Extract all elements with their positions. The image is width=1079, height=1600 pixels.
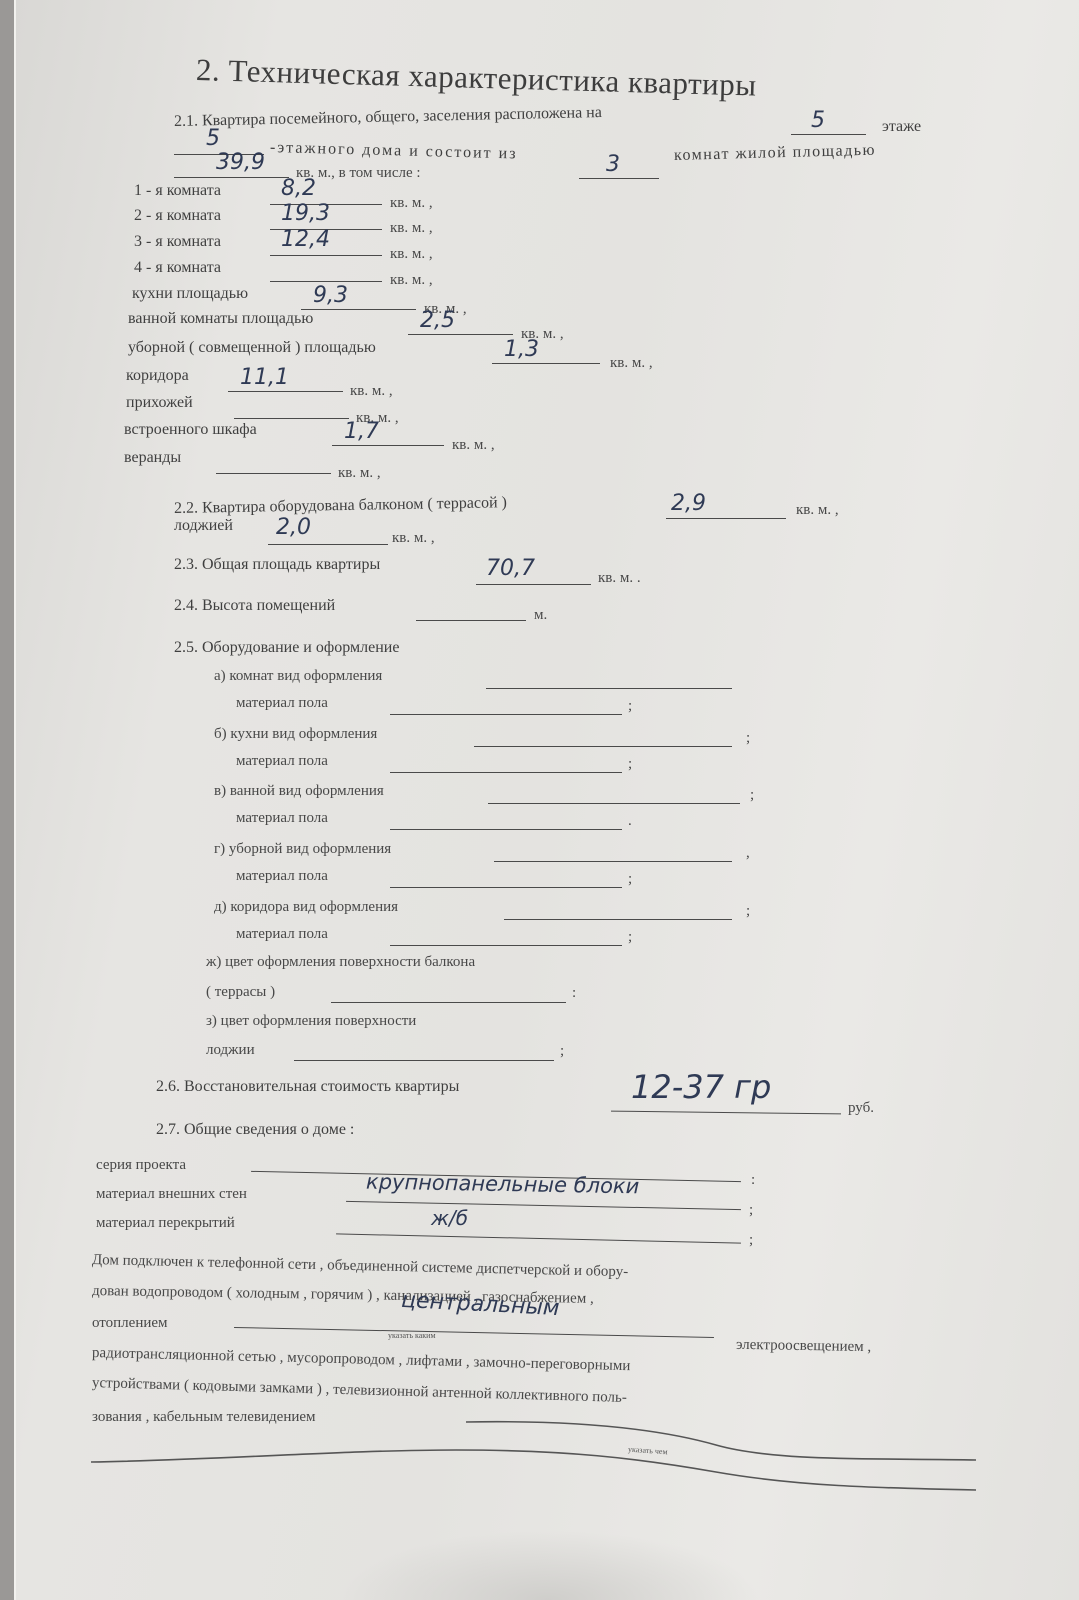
rooms-count-value: 3 — [606, 152, 620, 177]
room-area-unit: кв. м. , — [390, 220, 433, 237]
separator: ; — [628, 929, 632, 946]
heating-hint: указать каким — [388, 1331, 436, 1340]
document-page: 2. Техническая характеристика квартиры 2… — [16, 0, 1079, 1600]
separator: ; — [746, 903, 750, 920]
area-field[interactable] — [216, 473, 331, 474]
area-label: встроенного шкафа — [124, 421, 257, 439]
section-2-7-text: 2.7. Общие сведения о доме : — [156, 1121, 354, 1139]
floor-material-label: материал пола — [236, 810, 328, 827]
wall-material-label: материал внешних стен — [96, 1186, 247, 1203]
area-label: коридора — [126, 367, 189, 385]
floor-material-label: материал пола — [236, 753, 328, 770]
separator: : — [751, 1172, 755, 1189]
ceiling-material-label: материал перекрытий — [96, 1215, 235, 1232]
floor-material-label: материал пола — [236, 695, 328, 712]
room-area-unit: кв. м. , — [390, 272, 433, 289]
area-unit: кв. м. , — [610, 355, 653, 372]
total-area-field[interactable] — [476, 584, 591, 585]
area-field[interactable] — [301, 309, 416, 310]
finish-label: д) коридора вид оформления — [214, 899, 398, 916]
project-series-label: серия проекта — [96, 1157, 186, 1174]
total-floors-value: 5 — [206, 126, 220, 151]
room-area-unit: кв. м. , — [390, 246, 433, 263]
area-value: 11,1 — [240, 365, 289, 390]
loggia-color-label: з) цвет оформления поверхности — [206, 1013, 416, 1030]
section-2-5-text: 2.5. Оборудование и оформление — [174, 639, 399, 657]
restoration-cost-field[interactable] — [611, 1111, 841, 1115]
area-unit: кв. м. , — [452, 437, 495, 454]
loggia-label: лоджией — [174, 517, 233, 535]
area-unit: кв. м. , — [350, 383, 393, 400]
balcony-color-field[interactable] — [331, 1002, 566, 1003]
finish-field[interactable] — [488, 803, 740, 804]
finish-field[interactable] — [474, 746, 732, 747]
separator: : — [572, 985, 576, 1002]
separator: ; — [628, 698, 632, 715]
room-area-field[interactable] — [270, 255, 382, 256]
section-2-4-text: 2.4. Высота помещений — [174, 597, 335, 615]
balcony-unit: кв. м. , — [796, 502, 839, 519]
finish-label: в) ванной вид оформления — [214, 783, 384, 800]
floor-material-field[interactable] — [390, 714, 622, 715]
floor-material-field[interactable] — [390, 887, 622, 888]
loggia-unit: кв. м. , — [392, 530, 435, 547]
house-para-3: электроосвещением , — [736, 1337, 872, 1356]
finish-field[interactable] — [494, 861, 732, 862]
area-value: 2,5 — [420, 308, 455, 333]
living-area-text: комнат жилой площадью — [674, 142, 876, 165]
room-label: 2 - я комната — [134, 207, 221, 225]
floor-unit: этаже — [882, 118, 921, 136]
separator: . — [628, 813, 632, 830]
floor-material-label: материал пола — [236, 868, 328, 885]
floor-material-label: материал пола — [236, 926, 328, 943]
area-value: 9,3 — [313, 283, 348, 308]
area-field[interactable] — [492, 363, 600, 364]
room-area-field[interactable] — [270, 281, 382, 282]
floor-material-field[interactable] — [390, 829, 622, 830]
house-para-1: Дом подключен к телефонной сети , объеди… — [92, 1252, 629, 1281]
loggia-area-field[interactable] — [268, 544, 388, 545]
area-label: уборной ( совмещенной ) площадью — [128, 339, 376, 357]
area-field[interactable] — [332, 445, 444, 446]
ceiling-height-field[interactable] — [416, 620, 526, 621]
loggia-color-sub: лоджии — [206, 1042, 255, 1059]
finish-label: г) уборной вид оформления — [214, 841, 391, 858]
separator: ; — [746, 730, 750, 747]
area-field[interactable] — [228, 391, 343, 392]
balcony-area-value: 2,9 — [671, 491, 706, 516]
room-area-value: 19,3 — [281, 201, 330, 226]
area-unit: кв. м. , — [338, 465, 381, 482]
separator: ; — [750, 787, 754, 804]
restoration-cost-value: 12-37 гр — [631, 1068, 771, 1106]
room-area-value: 8,2 — [281, 176, 316, 201]
finish-field[interactable] — [504, 919, 732, 920]
area-value: 1,7 — [344, 419, 379, 444]
floor-material-field[interactable] — [390, 945, 622, 946]
cable-tv-field-lines[interactable] — [16, 1400, 1079, 1510]
floor-field[interactable] — [791, 134, 866, 135]
area-label: кухни площадью — [132, 285, 248, 303]
area-field[interactable] — [234, 418, 349, 419]
section-2-2-text: 2.2. Квартира оборудована балконом ( тер… — [174, 494, 507, 518]
living-area-value: 39,9 — [216, 150, 265, 175]
loggia-color-field[interactable] — [294, 1060, 554, 1061]
floor-material-field[interactable] — [390, 772, 622, 773]
separator: ; — [628, 871, 632, 888]
page-title: 2. Техническая характеристика квартиры — [195, 52, 757, 104]
ceiling-height-unit: м. — [534, 607, 547, 624]
section-2-1-text: 2.1. Квартира посемейного, общего, засел… — [174, 104, 602, 131]
house-para-4: радиотрансляционной сетью , мусоропровод… — [92, 1345, 631, 1375]
restoration-cost-unit: руб. — [848, 1100, 874, 1117]
living-area-field[interactable] — [174, 177, 289, 178]
balcony-color-label: ж) цвет оформления поверхности балкона — [206, 954, 475, 971]
separator: ; — [749, 1232, 753, 1249]
total-area-unit: кв. м. . — [598, 570, 641, 587]
ceiling-material-field[interactable] — [336, 1233, 741, 1243]
room-label: 1 - я комната — [134, 182, 221, 200]
section-2-3-text: 2.3. Общая площадь квартиры — [174, 556, 380, 574]
floor-value: 5 — [811, 108, 825, 133]
finish-field[interactable] — [486, 688, 732, 689]
heating-label: отоплением — [92, 1315, 168, 1332]
wall-material-value: крупнопанельные блоки — [366, 1170, 640, 1199]
area-label: ванной комнаты площадью — [128, 310, 313, 328]
room-area-value: 12,4 — [281, 227, 330, 252]
area-label: веранды — [124, 449, 181, 467]
ceiling-material-value: ж/б — [431, 1206, 468, 1230]
wall-material-field[interactable] — [346, 1201, 741, 1210]
rooms-count-field[interactable] — [579, 178, 659, 179]
separator: , — [746, 845, 750, 862]
floors-text: -этажного дома и состоит из — [270, 139, 518, 163]
heating-field[interactable] — [234, 1327, 714, 1338]
area-label: прихожей — [126, 394, 193, 412]
area-value: 1,3 — [504, 337, 539, 362]
finish-label: б) кухни вид оформления — [214, 726, 377, 743]
separator: ; — [749, 1202, 753, 1219]
area-field[interactable] — [408, 334, 513, 335]
section-2-6-text: 2.6. Восстановительная стоимость квартир… — [156, 1078, 459, 1096]
room-label: 4 - я комната — [134, 259, 221, 277]
loggia-area-value: 2,0 — [276, 515, 311, 540]
balcony-area-field[interactable] — [666, 518, 786, 519]
separator: ; — [560, 1043, 564, 1060]
room-label: 3 - я комната — [134, 233, 221, 251]
balcony-color-sub: ( террасы ) — [206, 984, 275, 1001]
total-area-value: 70,7 — [486, 556, 535, 581]
room-area-unit: кв. м. , — [390, 195, 433, 212]
finish-label: а) комнат вид оформления — [214, 668, 382, 685]
separator: ; — [628, 756, 632, 773]
